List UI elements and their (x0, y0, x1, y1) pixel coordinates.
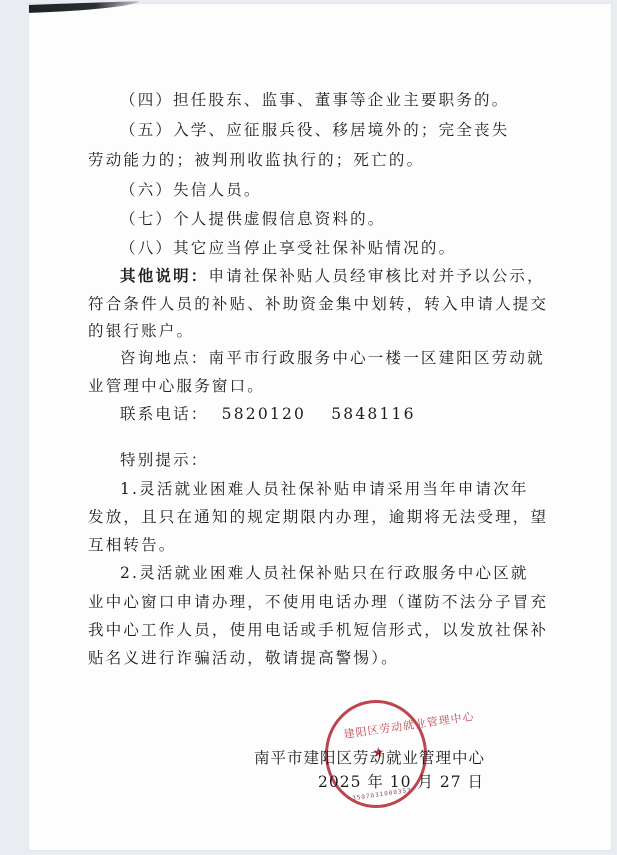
other-notes-text: 申请社保补贴人员经审核比对并予以公示， (209, 267, 545, 285)
item-6: （六）失信人员。 (120, 178, 262, 200)
other-notes-line2: 符合条件人员的补贴、补助资金集中划转，转入申请人提交 (88, 292, 548, 314)
signature-date: 2025 年 10 月 27 日 (318, 770, 484, 792)
item-5-line1: （五）入学、应征服兵役、移居境外的；完全丧失 (120, 118, 509, 140)
item-5-line2: 劳动能力的；被判刑收监执行的；死亡的。 (88, 148, 424, 170)
consult-line2: 业管理中心服务窗口。 (88, 374, 265, 396)
item-8: （八）其它应当停止享受社保补贴情况的。 (120, 236, 456, 258)
signature-org: 南平市建阳区劳动就业管理中心 (254, 746, 485, 768)
tip2-line1: 2.灵活就业困难人员社保补贴只在行政服务中心区就 (120, 561, 529, 583)
phone-number-2: 5848116 (331, 405, 415, 423)
consult-line1: 咨询地点：南平市行政服务中心一楼一区建阳区劳动就 (120, 346, 545, 368)
phone-line: 联系电话： 5820120 5848116 (120, 402, 416, 424)
special-tips-heading: 特别提示： (120, 448, 209, 470)
item-4: （四）担任股东、监事、董事等企业主要职务的。 (120, 88, 509, 110)
other-notes-line1: 其他说明：申请社保补贴人员经审核比对并予以公示， (120, 264, 545, 286)
phone-number-1: 5820120 (222, 405, 306, 423)
tip1-line3: 互相转告。 (88, 533, 177, 555)
other-notes-label: 其他说明： (120, 266, 209, 285)
tip1-line2: 发放，且只在通知的规定期限内办理，逾期将无法受理，望 (88, 505, 548, 527)
other-notes-line3: 的银行账户。 (88, 319, 194, 341)
item-7: （七）个人提供虚假信息资料的。 (120, 207, 386, 229)
tip1-line1: 1.灵活就业困难人员社保补贴申请采用当年申请次年 (120, 477, 529, 499)
phone-label: 联系电话： (120, 405, 209, 423)
tip2-line4: 贴名义进行诈骗活动，敬请提高警惕）。 (88, 646, 399, 668)
tip2-line3: 我中心工作人员，使用电话或手机短信形式，以发放社保补 (88, 618, 548, 640)
tip2-line2: 业中心窗口申请办理，不使用电话办理（谨防不法分子冒充 (88, 590, 548, 612)
